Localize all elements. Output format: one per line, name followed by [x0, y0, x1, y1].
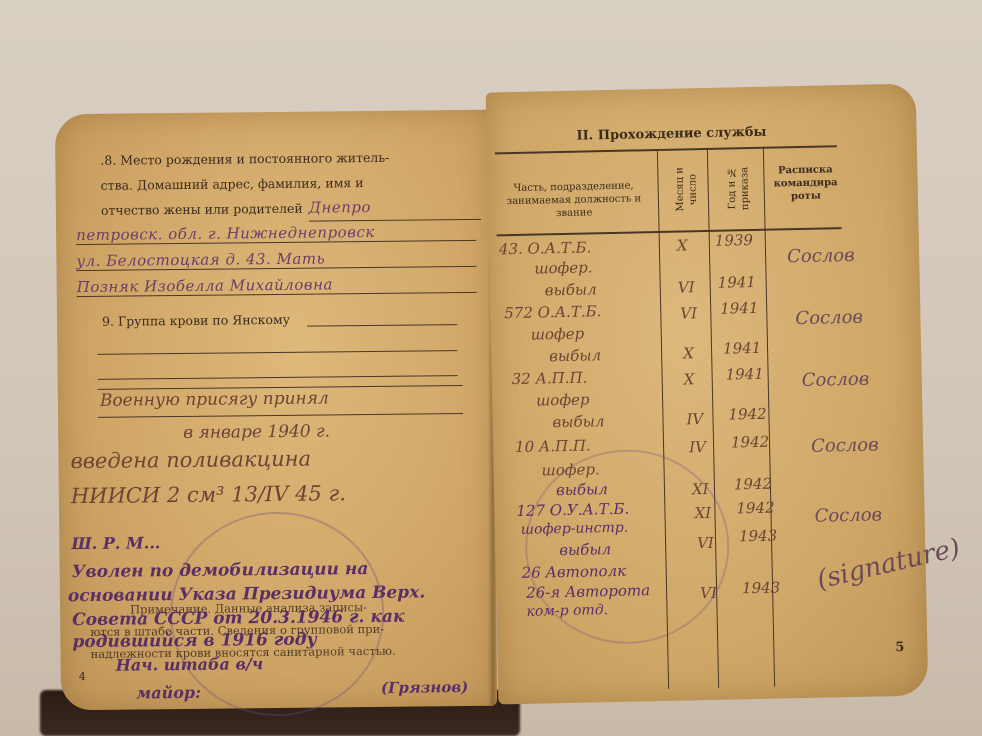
- row-signature: Сослов: [795, 307, 863, 329]
- discharge-line-1: Уволен по демобилизации на: [72, 559, 369, 582]
- page-number-left: 4: [79, 670, 86, 683]
- row-unit: 32 А.П.П.: [511, 369, 587, 389]
- row-unit: 572 О.А.Т.Б.: [504, 302, 602, 322]
- row-year: 1942: [728, 405, 767, 424]
- row-year: 1942: [736, 499, 775, 518]
- row-month: IV: [686, 410, 703, 428]
- row-month: X: [683, 344, 694, 362]
- row-month: X: [684, 370, 695, 388]
- discharge-line-3: Совета СССР от 20.3.1946 г. как: [72, 607, 404, 630]
- row-year: 1942: [734, 475, 773, 494]
- row-unit: шофер: [531, 325, 585, 344]
- row-month: IV: [689, 438, 706, 456]
- row-unit: шофер: [536, 390, 590, 409]
- oath-line-2: в январе 1940 г.: [183, 421, 330, 443]
- header-month: Месяц и число: [673, 154, 700, 225]
- row-month: VI: [680, 304, 697, 322]
- row-year: 1941: [725, 365, 764, 384]
- row-signature: Сослов: [787, 245, 855, 267]
- vaccination-line-2: НИИСИ 2 см³ 13/IV 45 г.: [71, 481, 346, 508]
- row-year: 1943: [742, 579, 781, 598]
- item8-handwritten-city: Днепро: [309, 194, 481, 222]
- address-line-1: петровск. обл. г. Нижнеднепровск: [76, 222, 476, 245]
- header-signature: Расписка командира роты: [769, 163, 842, 203]
- header-underline: [497, 227, 842, 236]
- left-page: .8. Место рождения и постоянного житель-…: [55, 110, 497, 711]
- item9-blood-group-label: 9. Группа крови по Янскому: [102, 312, 290, 329]
- blank-line-1: [97, 350, 457, 355]
- commander-signature: (Грязнов): [381, 678, 469, 697]
- item9-blank-line: [307, 324, 457, 327]
- title-underline: [495, 145, 837, 154]
- header-unit: Часть, подразделение, занимаемая должнос…: [494, 179, 655, 221]
- row-year: 1942: [731, 433, 770, 452]
- row-signature: Сослов: [802, 369, 870, 391]
- oath-line-1: Военную присягу принял: [100, 388, 329, 410]
- row-year: 1941: [723, 339, 762, 358]
- right-page: II. Прохождение службы Часть, подразделе…: [486, 84, 929, 705]
- row-signature-scribble: (signature): [814, 533, 963, 596]
- row-unit: 10 А.П.П.: [515, 436, 591, 456]
- section-title: II. Прохождение службы: [576, 125, 766, 144]
- row-year: 1941: [717, 273, 756, 292]
- row-signature: Сослов: [811, 434, 879, 456]
- discharge-line-5: Нач. штаба в/ч: [116, 654, 264, 675]
- header-year: Год и № приказа: [725, 153, 752, 224]
- row-signature: Сослов: [814, 504, 882, 526]
- item8-label: .8. Место рождения и постоянного житель-…: [100, 144, 481, 224]
- discharge-line-2: основании Указа Президиума Верх.: [68, 582, 425, 606]
- oath-bottom-line: [98, 413, 463, 418]
- vaccination-line-1: введена поливакцина: [70, 447, 311, 474]
- discharge-line-6: майор:: [136, 683, 201, 703]
- address-line-3: Позняк Изобелла Михайловна: [77, 274, 477, 297]
- item8-label-line3: отчество жены или родителей: [101, 196, 303, 223]
- row-unit: выбыл: [552, 412, 604, 431]
- row-unit: выбыл: [545, 280, 597, 299]
- page-number-right: 5: [895, 640, 904, 655]
- row-month: VI: [678, 278, 695, 296]
- row-year: 1943: [739, 527, 778, 546]
- discharge-line-4: родившийся в 1916 году: [72, 630, 316, 653]
- address-line-2: ул. Белостоцкая д. 43. Мать: [76, 248, 476, 271]
- row-month: X: [677, 236, 688, 254]
- row-unit: выбыл: [549, 346, 601, 365]
- row-unit: 43. О.А.Т.Б.: [499, 238, 592, 258]
- row-year: 1941: [720, 299, 759, 318]
- discharge-line-0: Ш. Р. М...: [71, 533, 160, 553]
- row-year: 1939: [715, 231, 754, 250]
- blank-line-2: [98, 375, 458, 380]
- row-unit: шофер.: [534, 258, 593, 277]
